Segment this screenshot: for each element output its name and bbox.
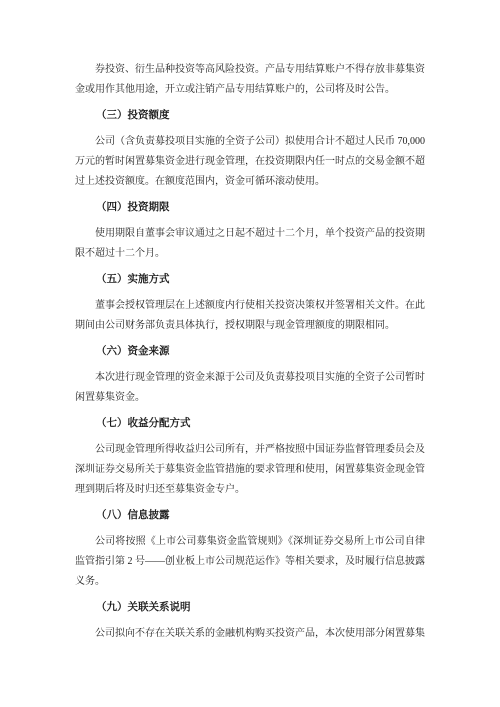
section-paragraph: 本次进行现金管理的资金来源于公司及负责募投项目实施的全资子公司暂时闲置募集资金。 [75, 368, 425, 408]
section-paragraph: 董事会授权管理层在上述额度内行使相关投资决策权并签署相关文件。在此期间由公司财务… [75, 296, 425, 336]
section-paragraph: 公司（含负责募投项目实施的全资子公司）拟使用合计不超过人民币 70,000 万元… [75, 132, 425, 192]
document-page: 券投资、衍生品种投资等高风险投资。产品专用结算账户不得存放非募集资金或用作其他用… [0, 0, 500, 707]
section-heading: （五）实施方式 [75, 270, 425, 290]
section-heading: （三）投资额度 [75, 106, 425, 126]
section-paragraph: 公司将按照《上市公司募集资金监管规则》《深圳证券交易所上市公司自律监管指引第 2… [75, 532, 425, 592]
section-heading: （四）投资期限 [75, 198, 425, 218]
section-heading: （七）收益分配方式 [75, 414, 425, 434]
section-heading: （六）资金来源 [75, 342, 425, 362]
section-paragraph: 公司现金管理所得收益归公司所有，并严格按照中国证券监督管理委员会及深圳证券交易所… [75, 440, 425, 500]
section-paragraph: 使用期限自董事会审议通过之日起不超过十二个月，单个投资产品的投资期限不超过十二个… [75, 224, 425, 264]
sections-container: （三）投资额度公司（含负责募投项目实施的全资子公司）拟使用合计不超过人民币 70… [75, 106, 425, 644]
continuation-paragraph: 券投资、衍生品种投资等高风险投资。产品专用结算账户不得存放非募集资金或用作其他用… [75, 60, 425, 100]
section-heading: （八）信息披露 [75, 506, 425, 526]
section-paragraph: 公司拟向不存在关联关系的金融机构购买投资产品，本次使用部分闲置募集 [75, 624, 425, 644]
section-heading: （九）关联关系说明 [75, 598, 425, 618]
